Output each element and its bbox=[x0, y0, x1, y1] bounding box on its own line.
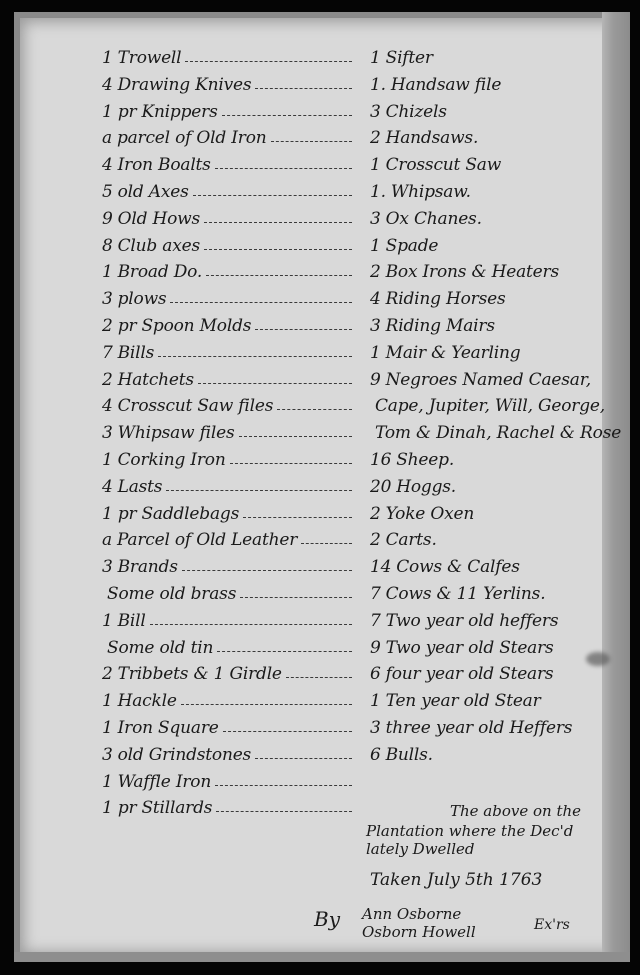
item-quantity: 3 bbox=[102, 423, 113, 443]
item-quantity: 1 bbox=[370, 155, 381, 175]
item-description: Riding Mairs bbox=[386, 316, 495, 336]
item-description: Bills bbox=[118, 343, 155, 363]
item-description: old Grindstones bbox=[118, 745, 251, 765]
inventory-row: 4Iron Boalts bbox=[102, 151, 352, 175]
leader-dashes bbox=[243, 517, 352, 518]
item-quantity: 2 bbox=[370, 262, 381, 282]
item-description: Riding Horses bbox=[386, 289, 506, 309]
item-quantity: 3 bbox=[102, 289, 113, 309]
leader-dashes bbox=[182, 570, 352, 571]
leader-dashes bbox=[166, 490, 352, 491]
inventory-row: 6four year old Stears bbox=[370, 660, 553, 684]
leader-dashes bbox=[150, 624, 352, 625]
item-quantity: 4 bbox=[102, 155, 113, 175]
inventory-row: 1Ten year old Stear bbox=[370, 687, 541, 711]
item-description: Ox Chanes. bbox=[386, 209, 482, 229]
item-quantity: 1 pr bbox=[102, 504, 136, 524]
item-description: Spade bbox=[386, 236, 439, 256]
signature-name-2: Osborn Howell bbox=[362, 923, 476, 941]
inventory-row: 2Hatchets bbox=[102, 366, 352, 390]
inventory-row: 1Corking Iron bbox=[102, 446, 352, 470]
inventory-row: 6Bulls. bbox=[370, 741, 433, 765]
item-description: Parcel of Old Leather bbox=[117, 530, 297, 550]
item-description: Whipsaw. bbox=[391, 182, 471, 202]
inventory-row: 2Yoke Oxen bbox=[370, 500, 474, 524]
leader-dashes bbox=[193, 195, 352, 196]
inventory-row: 4Riding Horses bbox=[370, 285, 506, 309]
item-quantity: 7 bbox=[102, 343, 113, 363]
item-quantity: 1 bbox=[102, 262, 113, 282]
item-description: four year old Stears bbox=[386, 664, 554, 684]
item-quantity: 1 bbox=[102, 450, 113, 470]
item-quantity: 3 bbox=[102, 557, 113, 577]
leader-dashes bbox=[215, 168, 352, 169]
item-description: Crosscut Saw bbox=[386, 155, 501, 175]
inventory-row: 9Two year old Stears bbox=[370, 634, 554, 658]
item-description: Knippers bbox=[141, 102, 217, 122]
item-quantity: 1 bbox=[370, 236, 381, 256]
item-description: Ten year old Stear bbox=[386, 691, 541, 711]
item-description: plows bbox=[118, 289, 167, 309]
item-description: Corking Iron bbox=[118, 450, 226, 470]
item-quantity: 1 bbox=[370, 343, 381, 363]
leader-dashes bbox=[170, 302, 352, 303]
item-quantity: 2 bbox=[370, 504, 381, 524]
item-quantity: 1 pr bbox=[102, 798, 136, 818]
leader-dashes bbox=[215, 785, 352, 786]
item-description: Iron Square bbox=[118, 718, 219, 738]
inventory-row: 2Box Irons & Heaters bbox=[370, 258, 559, 282]
inventory-row: 1Waffle Iron bbox=[102, 768, 352, 792]
item-description: Chizels bbox=[386, 102, 447, 122]
inventory-row: Tom & Dinah, Rachel & Rose bbox=[370, 419, 621, 443]
inventory-row: 9Negroes Named Caesar, bbox=[370, 366, 591, 390]
inventory-row: 2Handsaws. bbox=[370, 124, 478, 148]
item-quantity: 1. bbox=[370, 75, 386, 95]
inventory-row: 8Club axes bbox=[102, 232, 352, 256]
inventory-row: 1 prSaddlebags bbox=[102, 500, 352, 524]
item-description: Handsaw file bbox=[391, 75, 501, 95]
item-quantity: 9 bbox=[370, 638, 381, 658]
inventory-row: 3Brands bbox=[102, 553, 352, 577]
inventory-row: Some old tin bbox=[102, 634, 352, 658]
item-description: Some old tin bbox=[107, 638, 213, 658]
item-quantity: 4 bbox=[102, 75, 113, 95]
page-bottom-shadow bbox=[14, 952, 630, 962]
item-description: parcel of Old Iron bbox=[117, 128, 267, 148]
item-quantity: 9 bbox=[370, 370, 381, 390]
item-quantity: 7 bbox=[370, 611, 381, 631]
item-quantity: 6 bbox=[370, 745, 381, 765]
item-quantity: 2 bbox=[370, 128, 381, 148]
inventory-row: 3three year old Heffers bbox=[370, 714, 572, 738]
leader-dashes bbox=[240, 597, 352, 598]
item-description: Spoon Molds bbox=[141, 316, 251, 336]
inventory-row: 1 prStillards bbox=[102, 794, 352, 818]
leader-dashes bbox=[277, 409, 352, 410]
inventory-row: 9Old Hows bbox=[102, 205, 352, 229]
leader-dashes bbox=[206, 275, 352, 276]
document-page: 1Trowell4Drawing Knives1 prKnippersaparc… bbox=[14, 12, 630, 962]
item-quantity: 1 bbox=[102, 772, 113, 792]
inventory-row: 3plows bbox=[102, 285, 352, 309]
ink-blot bbox=[586, 652, 610, 666]
item-description: Cows & Calfes bbox=[396, 557, 520, 577]
item-quantity: 8 bbox=[102, 236, 113, 256]
closing-note-line-3: lately Dwelled bbox=[366, 840, 475, 858]
item-description: Old Hows bbox=[118, 209, 200, 229]
item-quantity: 5 bbox=[102, 182, 113, 202]
item-quantity: 3 bbox=[370, 718, 381, 738]
inventory-row: 2Carts. bbox=[370, 526, 437, 550]
item-description: Bulls. bbox=[386, 745, 433, 765]
leader-dashes bbox=[185, 61, 352, 62]
item-description: Iron Boalts bbox=[118, 155, 211, 175]
date-line: Taken July 5th 1763 bbox=[370, 870, 542, 890]
item-description: Tribbets & 1 Girdle bbox=[118, 664, 282, 684]
item-quantity: 3 bbox=[102, 745, 113, 765]
item-description: Two year old Stears bbox=[386, 638, 554, 658]
item-quantity: 3 bbox=[370, 209, 381, 229]
item-description: Handsaws. bbox=[386, 128, 479, 148]
item-description: Sheep. bbox=[396, 450, 454, 470]
item-quantity: 2 bbox=[102, 370, 113, 390]
item-quantity: 16 bbox=[370, 450, 391, 470]
item-quantity: 4 bbox=[370, 289, 381, 309]
item-description: Whipsaw files bbox=[118, 423, 235, 443]
inventory-row: 20Hoggs. bbox=[370, 473, 456, 497]
signature-role: Ex'rs bbox=[534, 917, 570, 933]
inventory-row: 3Ox Chanes. bbox=[370, 205, 482, 229]
item-quantity: 4 bbox=[102, 477, 113, 497]
item-description: Club axes bbox=[118, 236, 200, 256]
item-description: Yoke Oxen bbox=[386, 504, 474, 524]
inventory-row: 7Cows & 11 Yerlins. bbox=[370, 580, 545, 604]
item-quantity: a bbox=[102, 530, 112, 550]
leader-dashes bbox=[204, 249, 352, 250]
item-quantity: 9 bbox=[102, 209, 113, 229]
leader-dashes bbox=[223, 731, 352, 732]
item-description: Mair & Yearling bbox=[386, 343, 521, 363]
item-description: Stillards bbox=[141, 798, 212, 818]
item-quantity: 20 bbox=[370, 477, 391, 497]
item-quantity: 1 bbox=[370, 48, 381, 68]
inventory-row: 16Sheep. bbox=[370, 446, 454, 470]
leader-dashes bbox=[271, 141, 352, 142]
item-quantity: 1 bbox=[102, 611, 113, 631]
inventory-row: 1Hackle bbox=[102, 687, 352, 711]
item-description: old Axes bbox=[118, 182, 189, 202]
item-description: Box Irons & Heaters bbox=[386, 262, 559, 282]
inventory-row: 3Chizels bbox=[370, 98, 447, 122]
inventory-row: 1Spade bbox=[370, 232, 438, 256]
item-description: Hatchets bbox=[118, 370, 194, 390]
inventory-row: 2 prSpoon Molds bbox=[102, 312, 352, 336]
inventory-row: 1Iron Square bbox=[102, 714, 352, 738]
item-description: Sifter bbox=[386, 48, 433, 68]
item-description: Hoggs. bbox=[396, 477, 456, 497]
item-description: Some old brass bbox=[107, 584, 236, 604]
leader-dashes bbox=[286, 677, 352, 678]
item-description: Waffle Iron bbox=[118, 772, 211, 792]
inventory-row: 4Drawing Knives bbox=[102, 71, 352, 95]
inventory-row: 4Lasts bbox=[102, 473, 352, 497]
item-quantity: 2 bbox=[102, 664, 113, 684]
inventory-row: 3Whipsaw files bbox=[102, 419, 352, 443]
inventory-row: 1Sifter bbox=[370, 44, 433, 68]
item-description: three year old Heffers bbox=[386, 718, 573, 738]
inventory-row: 3old Grindstones bbox=[102, 741, 352, 765]
item-description: Brands bbox=[118, 557, 178, 577]
leader-dashes bbox=[204, 222, 352, 223]
leader-dashes bbox=[230, 463, 352, 464]
item-description: Saddlebags bbox=[141, 504, 239, 524]
item-quantity: 4 bbox=[102, 396, 113, 416]
leader-dashes bbox=[181, 704, 352, 705]
item-description: Drawing Knives bbox=[118, 75, 252, 95]
inventory-row: aParcel of Old Leather bbox=[102, 526, 352, 550]
closing-note-line-1: The above on the bbox=[450, 802, 581, 820]
inventory-row: 3Riding Mairs bbox=[370, 312, 495, 336]
inventory-row: 1.Handsaw file bbox=[370, 71, 501, 95]
leader-dashes bbox=[239, 436, 352, 437]
item-description: Broad Do. bbox=[118, 262, 202, 282]
inventory-row: 1.Whipsaw. bbox=[370, 178, 471, 202]
item-description: Hackle bbox=[118, 691, 177, 711]
inventory-row: 1Broad Do. bbox=[102, 258, 352, 282]
inventory-row: 4Crosscut Saw files bbox=[102, 392, 352, 416]
item-quantity: 2 bbox=[370, 530, 381, 550]
item-quantity: 1 bbox=[102, 718, 113, 738]
item-quantity: a bbox=[102, 128, 112, 148]
inventory-row: 2Tribbets & 1 Girdle bbox=[102, 660, 352, 684]
item-description: Negroes Named Caesar, bbox=[386, 370, 591, 390]
item-quantity: 7 bbox=[370, 584, 381, 604]
leader-dashes bbox=[255, 329, 352, 330]
inventory-row: 7Two year old heffers bbox=[370, 607, 558, 631]
leader-dashes bbox=[255, 758, 352, 759]
leader-dashes bbox=[216, 811, 352, 812]
inventory-row: 1Trowell bbox=[102, 44, 352, 68]
item-description: Trowell bbox=[118, 48, 182, 68]
item-description: Tom & Dinah, Rachel & Rose bbox=[375, 423, 621, 443]
item-description: Cape, Jupiter, Will, George, bbox=[375, 396, 605, 416]
item-quantity: 1 bbox=[370, 691, 381, 711]
item-description: Bill bbox=[118, 611, 146, 631]
leader-dashes bbox=[217, 651, 352, 652]
item-quantity: 2 pr bbox=[102, 316, 136, 336]
inventory-row: 7Bills bbox=[102, 339, 352, 363]
item-description: Cows & 11 Yerlins. bbox=[386, 584, 546, 604]
inventory-row: 1Crosscut Saw bbox=[370, 151, 501, 175]
item-quantity: 1. bbox=[370, 182, 386, 202]
inventory-row: 14Cows & Calfes bbox=[370, 553, 520, 577]
inventory-row: 5old Axes bbox=[102, 178, 352, 202]
signature-by: By bbox=[314, 907, 340, 931]
leader-dashes bbox=[301, 543, 352, 544]
item-quantity: 14 bbox=[370, 557, 391, 577]
inventory-row: 1Bill bbox=[102, 607, 352, 631]
signature-name-1: Ann Osborne bbox=[362, 905, 461, 923]
leader-dashes bbox=[198, 383, 352, 384]
leader-dashes bbox=[158, 356, 352, 357]
item-quantity: 6 bbox=[370, 664, 381, 684]
leader-dashes bbox=[222, 115, 352, 116]
item-quantity: 3 bbox=[370, 102, 381, 122]
leader-dashes bbox=[255, 88, 352, 89]
item-quantity: 1 pr bbox=[102, 102, 136, 122]
item-description: Two year old heffers bbox=[386, 611, 559, 631]
item-quantity: 1 bbox=[102, 48, 113, 68]
item-quantity: 3 bbox=[370, 316, 381, 336]
inventory-row: aparcel of Old Iron bbox=[102, 124, 352, 148]
inventory-row: 1Mair & Yearling bbox=[370, 339, 520, 363]
closing-note-line-2: Plantation where the Dec'd bbox=[366, 822, 573, 840]
item-description: Lasts bbox=[118, 477, 163, 497]
page-edge-shadow bbox=[602, 12, 630, 962]
item-description: Carts. bbox=[386, 530, 437, 550]
item-quantity: 1 bbox=[102, 691, 113, 711]
inventory-row: 1 prKnippers bbox=[102, 98, 352, 122]
item-description: Crosscut Saw files bbox=[118, 396, 274, 416]
inventory-row: Some old brass bbox=[102, 580, 352, 604]
inventory-row: Cape, Jupiter, Will, George, bbox=[370, 392, 605, 416]
